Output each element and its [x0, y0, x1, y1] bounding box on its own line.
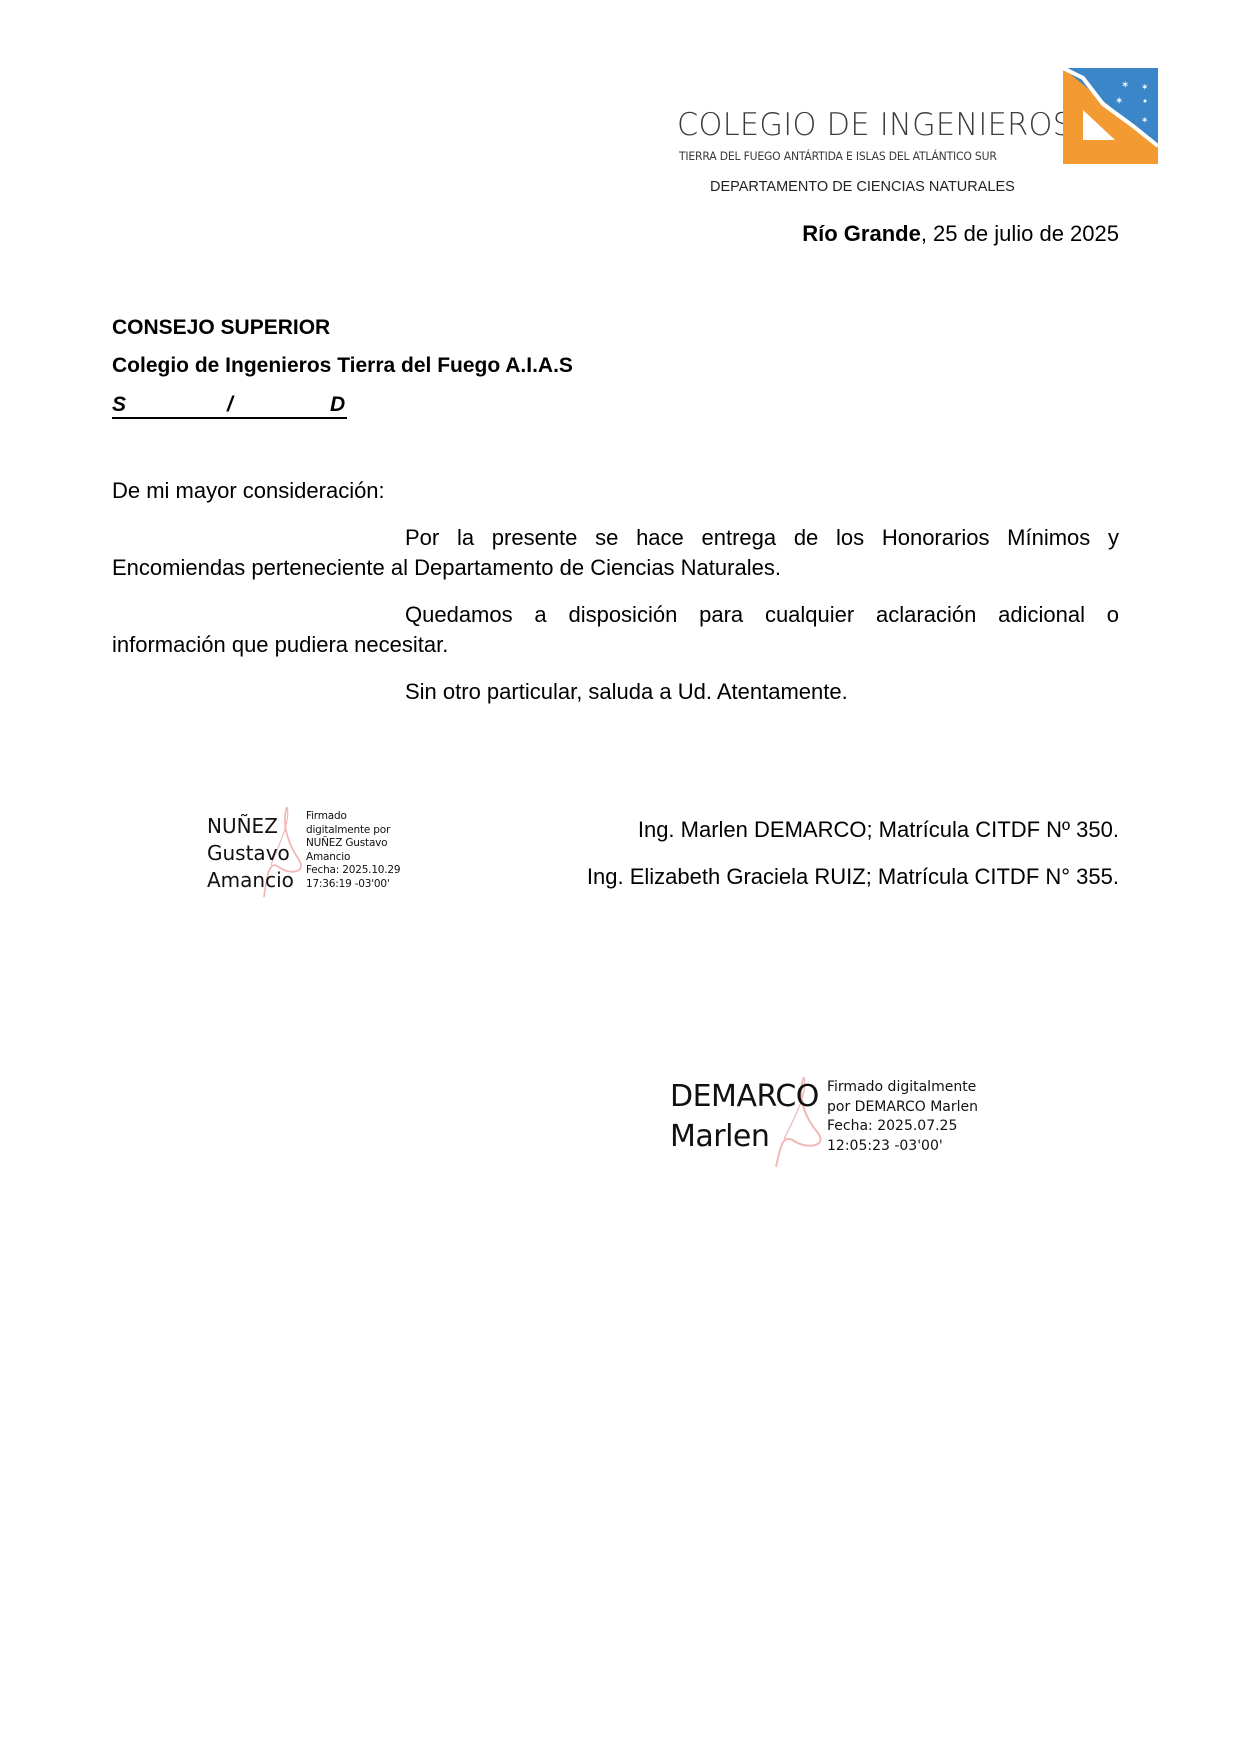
digital-signature-demarco: DEMARCO Marlen Firmado digitalmente por …	[670, 1075, 990, 1170]
date-line: Río Grande, 25 de julio de 2025	[802, 221, 1119, 247]
greeting: De mi mayor consideración:	[112, 478, 385, 504]
body-paragraph: Quedamos a disposición para cualquier ac…	[112, 600, 1119, 660]
addressee-institution: Colegio de Ingenieros Tierra del Fuego A…	[112, 354, 573, 378]
signer-ruiz: Ing. Elizabeth Graciela RUIZ; Matrícula …	[587, 864, 1119, 890]
signer-demarco: Ing. Marlen DEMARCO; Matrícula CITDF Nº …	[638, 817, 1119, 843]
signature-name: DEMARCO Marlen	[670, 1077, 819, 1157]
sd-d: D	[330, 393, 345, 417]
sd-s: S	[112, 393, 126, 417]
letterhead-org-name: COLEGIO DE INGENIEROS	[677, 107, 1072, 143]
svg-text:✶: ✶	[1115, 96, 1123, 107]
body-paragraph: Sin otro particular, saluda a Ud. Atenta…	[112, 677, 1119, 707]
svg-text:✶: ✶	[1141, 83, 1149, 93]
digital-signature-nunez: NUÑEZ Gustavo Amancio Firmado digitalmen…	[207, 805, 417, 900]
signature-name: NUÑEZ Gustavo Amancio	[207, 813, 294, 894]
signature-info: Firmado digitalmente por DEMARCO Marlen …	[827, 1078, 978, 1156]
svg-text:✶: ✶	[1141, 116, 1149, 126]
signature-info: Firmado digitalmente por NUÑEZ Gustavo A…	[306, 810, 400, 891]
sd-slash: /	[227, 393, 233, 417]
colegio-logo-icon: ✶ ✶ ✶ ✶	[1063, 68, 1158, 164]
letterhead-region: TIERRA DEL FUEGO ANTÁRTIDA E ISLAS DEL A…	[679, 149, 997, 163]
addressee-sd: S / D	[112, 393, 347, 419]
body-paragraph: Por la presente se hace entrega de los H…	[112, 523, 1119, 583]
letterhead-department: DEPARTAMENTO DE CIENCIAS NATURALES	[710, 179, 1015, 195]
addressee-title: CONSEJO SUPERIOR	[112, 316, 330, 340]
svg-text:✶: ✶	[1121, 80, 1129, 91]
date-place: Río Grande	[802, 221, 921, 246]
date-text: , 25 de julio de 2025	[921, 221, 1119, 246]
